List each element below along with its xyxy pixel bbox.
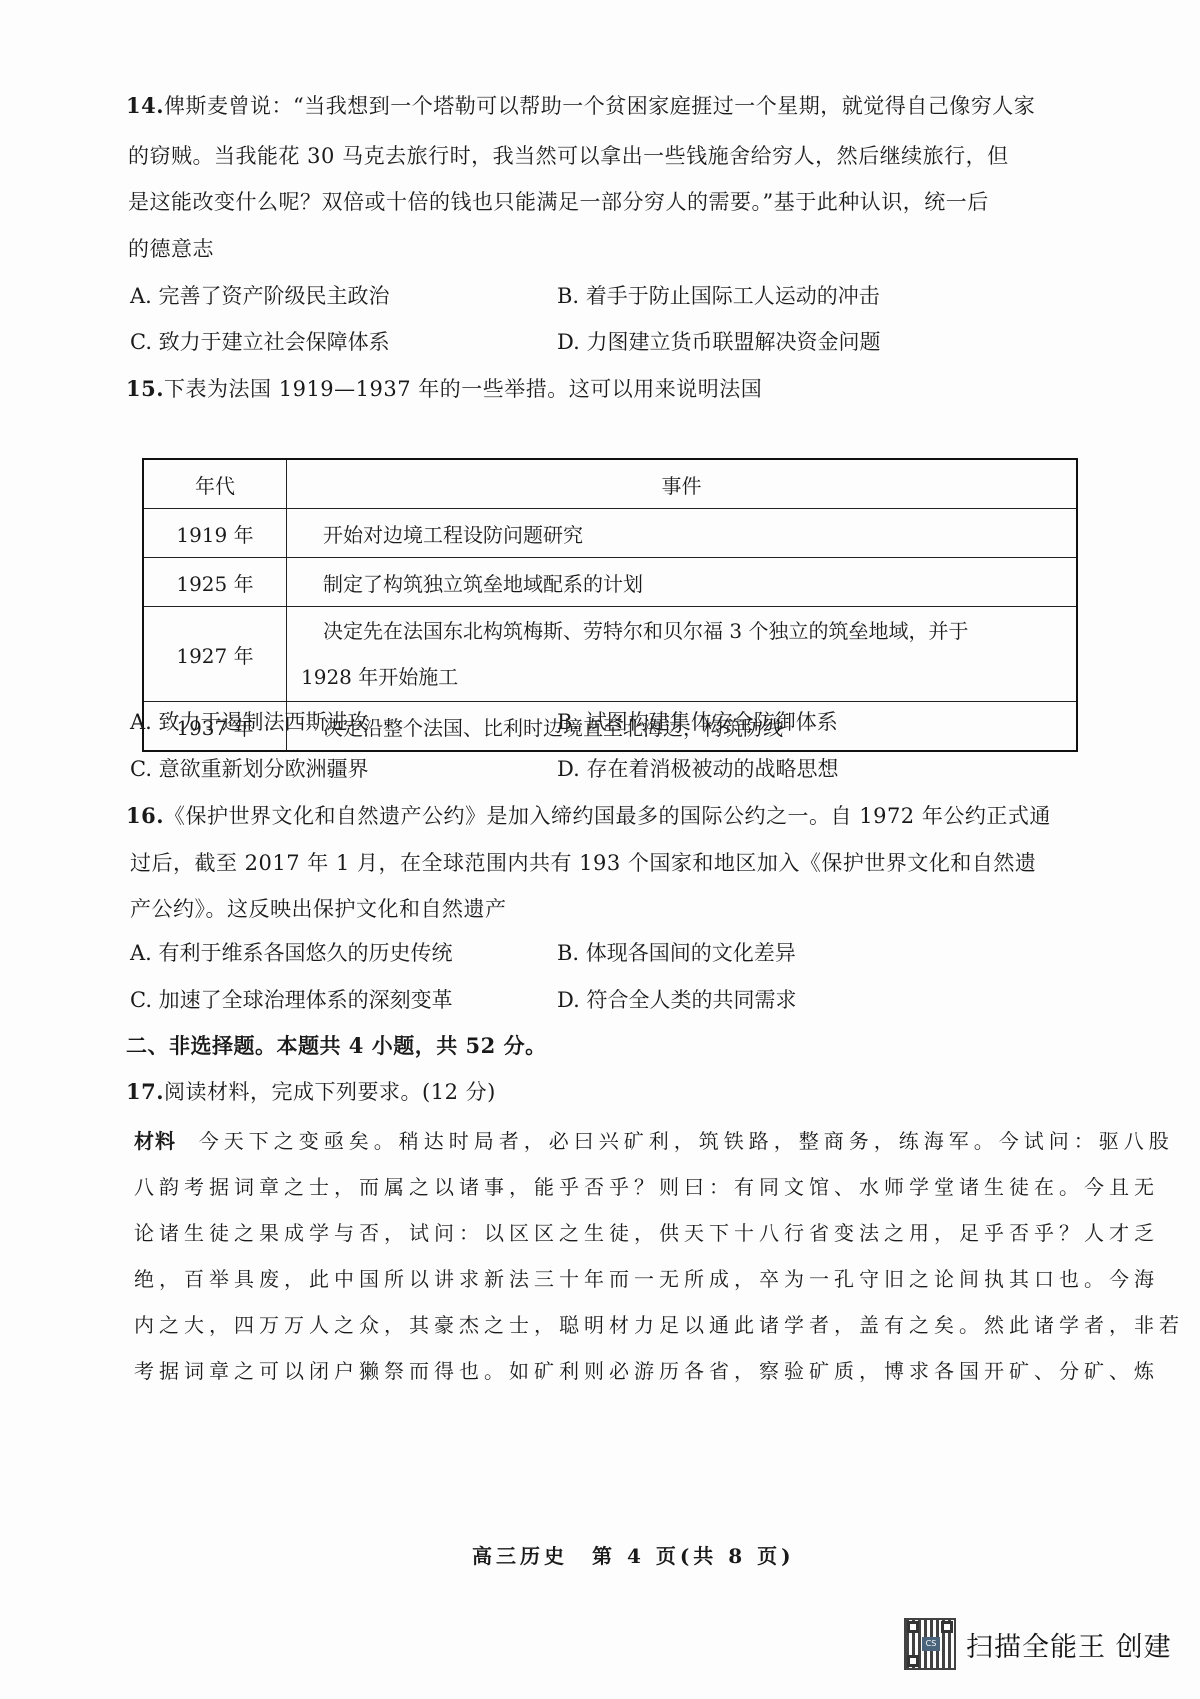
exam-page: 14.俾斯麦曾说：“当我想到一个塔勒可以帮助一个贫困家庭捱过一个星期，就觉得自己… <box>0 0 1200 1699</box>
q16-option-c[interactable]: C. 加速了全球治理体系的深刻变革 <box>130 984 453 1014</box>
q14-line-4: 的德意志 <box>128 233 214 263</box>
q14-line-2: 的窃贼。当我能花 30 马克去旅行时，我当然可以拿出一些钱施舍给穷人，然后继续旅… <box>128 140 1009 170</box>
table-row: 1927 年 决定先在法国东北构筑梅斯、劳特尔和贝尔福 3 个独立的筑垒地域，并… <box>143 607 1077 702</box>
row-year: 1919 年 <box>143 509 287 558</box>
q16-line-1: 16.《保护世界文化和自然遗产公约》是加入缔约国最多的国际公约之一。自 1972… <box>126 800 1051 830</box>
row-event: 决定先在法国东北构筑梅斯、劳特尔和贝尔福 3 个独立的筑垒地域，并于 1928 … <box>287 607 1078 702</box>
qr-code-icon: CS <box>904 1618 956 1670</box>
q17-material-line-3: 论诸生徒之果成学与否，试问：以区区之生徒，供天下十八行省变法之用，足乎否乎？人才… <box>134 1217 1159 1246</box>
row-year: 1927 年 <box>143 607 287 702</box>
material-label: 材料 <box>134 1129 176 1153</box>
row-event: 制定了构筑独立筑垒地域配系的计划 <box>287 558 1078 607</box>
q14-option-b[interactable]: B. 着手于防止国际工人运动的冲击 <box>557 280 880 310</box>
row-year: 1925 年 <box>143 558 287 607</box>
watermark-text: 扫描全能王 创建 <box>966 1625 1172 1664</box>
q16-option-b[interactable]: B. 体现各国间的文化差异 <box>557 937 796 967</box>
section-heading: 二、非选择题。本题共 4 小题，共 52 分。 <box>126 1030 547 1060</box>
q15-option-a[interactable]: A. 致力于遏制法西斯进攻 <box>130 706 369 736</box>
q14-option-a[interactable]: A. 完善了资产阶级民主政治 <box>130 280 390 310</box>
q16-line-3: 产公约》。这反映出保护文化和自然遗产 <box>130 893 507 923</box>
q17-number: 17. <box>126 1079 164 1104</box>
q15-stem: 15.下表为法国 1919—1937 年的一些举措。这可以用来说明法国 <box>126 373 762 403</box>
header-year: 年代 <box>143 459 287 509</box>
q17-stem: 17.阅读材料，完成下列要求。(12 分) <box>126 1076 496 1106</box>
q17-material-line-1: 材料 今天下之变亟矣。稍达时局者，必曰兴矿利，筑铁路，整商务，练海军。今试问：驱… <box>134 1125 1174 1154</box>
scanner-watermark: CS 扫描全能王 创建 <box>904 1618 1172 1670</box>
q16-option-d[interactable]: D. 符合全人类的共同需求 <box>557 984 796 1014</box>
q14-line-1: 14.俾斯麦曾说：“当我想到一个塔勒可以帮助一个贫困家庭捱过一个星期，就觉得自己… <box>126 90 1035 120</box>
page-footer: 高三历史 第 4 页(共 8 页) <box>472 1540 795 1569</box>
q16-line-2: 过后，截至 2017 年 1 月，在全球范围内共有 193 个国家和地区加入《保… <box>130 847 1036 877</box>
q14-number: 14. <box>126 93 164 118</box>
q15-option-d[interactable]: D. 存在着消极被动的战略思想 <box>557 753 838 783</box>
q15-option-b[interactable]: B. 试图构建集体安全防御体系 <box>557 706 838 736</box>
header-event: 事件 <box>287 459 1078 509</box>
table-row: 1925 年 制定了构筑独立筑垒地域配系的计划 <box>143 558 1077 607</box>
q15-number: 15. <box>126 376 164 401</box>
q14-option-d[interactable]: D. 力图建立货币联盟解决资金问题 <box>557 326 880 356</box>
q14-option-c[interactable]: C. 致力于建立社会保障体系 <box>130 326 390 356</box>
table-header-row: 年代 事件 <box>143 459 1077 509</box>
q16-option-a[interactable]: A. 有利于维系各国悠久的历史传统 <box>130 937 453 967</box>
camscanner-logo-icon: CS <box>922 1637 940 1651</box>
q17-material-line-2: 八韵考据词章之士，而属之以诸事，能乎否乎？则曰：有同文馆、水师学堂诸生徒在。今且… <box>134 1171 1159 1200</box>
q17-material-line-5: 内之大，四万万人之众，其豪杰之士，聪明材力足以通此诸学者，盖有之矣。然此诸学者，… <box>134 1309 1184 1338</box>
q15-option-c[interactable]: C. 意欲重新划分欧洲疆界 <box>130 753 369 783</box>
q14-line-3: 是这能改变什么呢？双倍或十倍的钱也只能满足一部分穷人的需要。”基于此种认识，统一… <box>128 186 989 216</box>
q16-number: 16. <box>126 803 164 828</box>
q17-material-line-4: 绝，百举具废，此中国所以讲求新法三十年而一无所成，卒为一孔守旧之论间执其口也。今… <box>134 1263 1159 1292</box>
q17-material-line-6: 考据词章之可以闭户獭祭而得也。如矿利则必游历各省，察验矿质，博求各国开矿、分矿、… <box>134 1355 1159 1384</box>
row-event: 开始对边境工程设防问题研究 <box>287 509 1078 558</box>
table-row: 1919 年 开始对边境工程设防问题研究 <box>143 509 1077 558</box>
